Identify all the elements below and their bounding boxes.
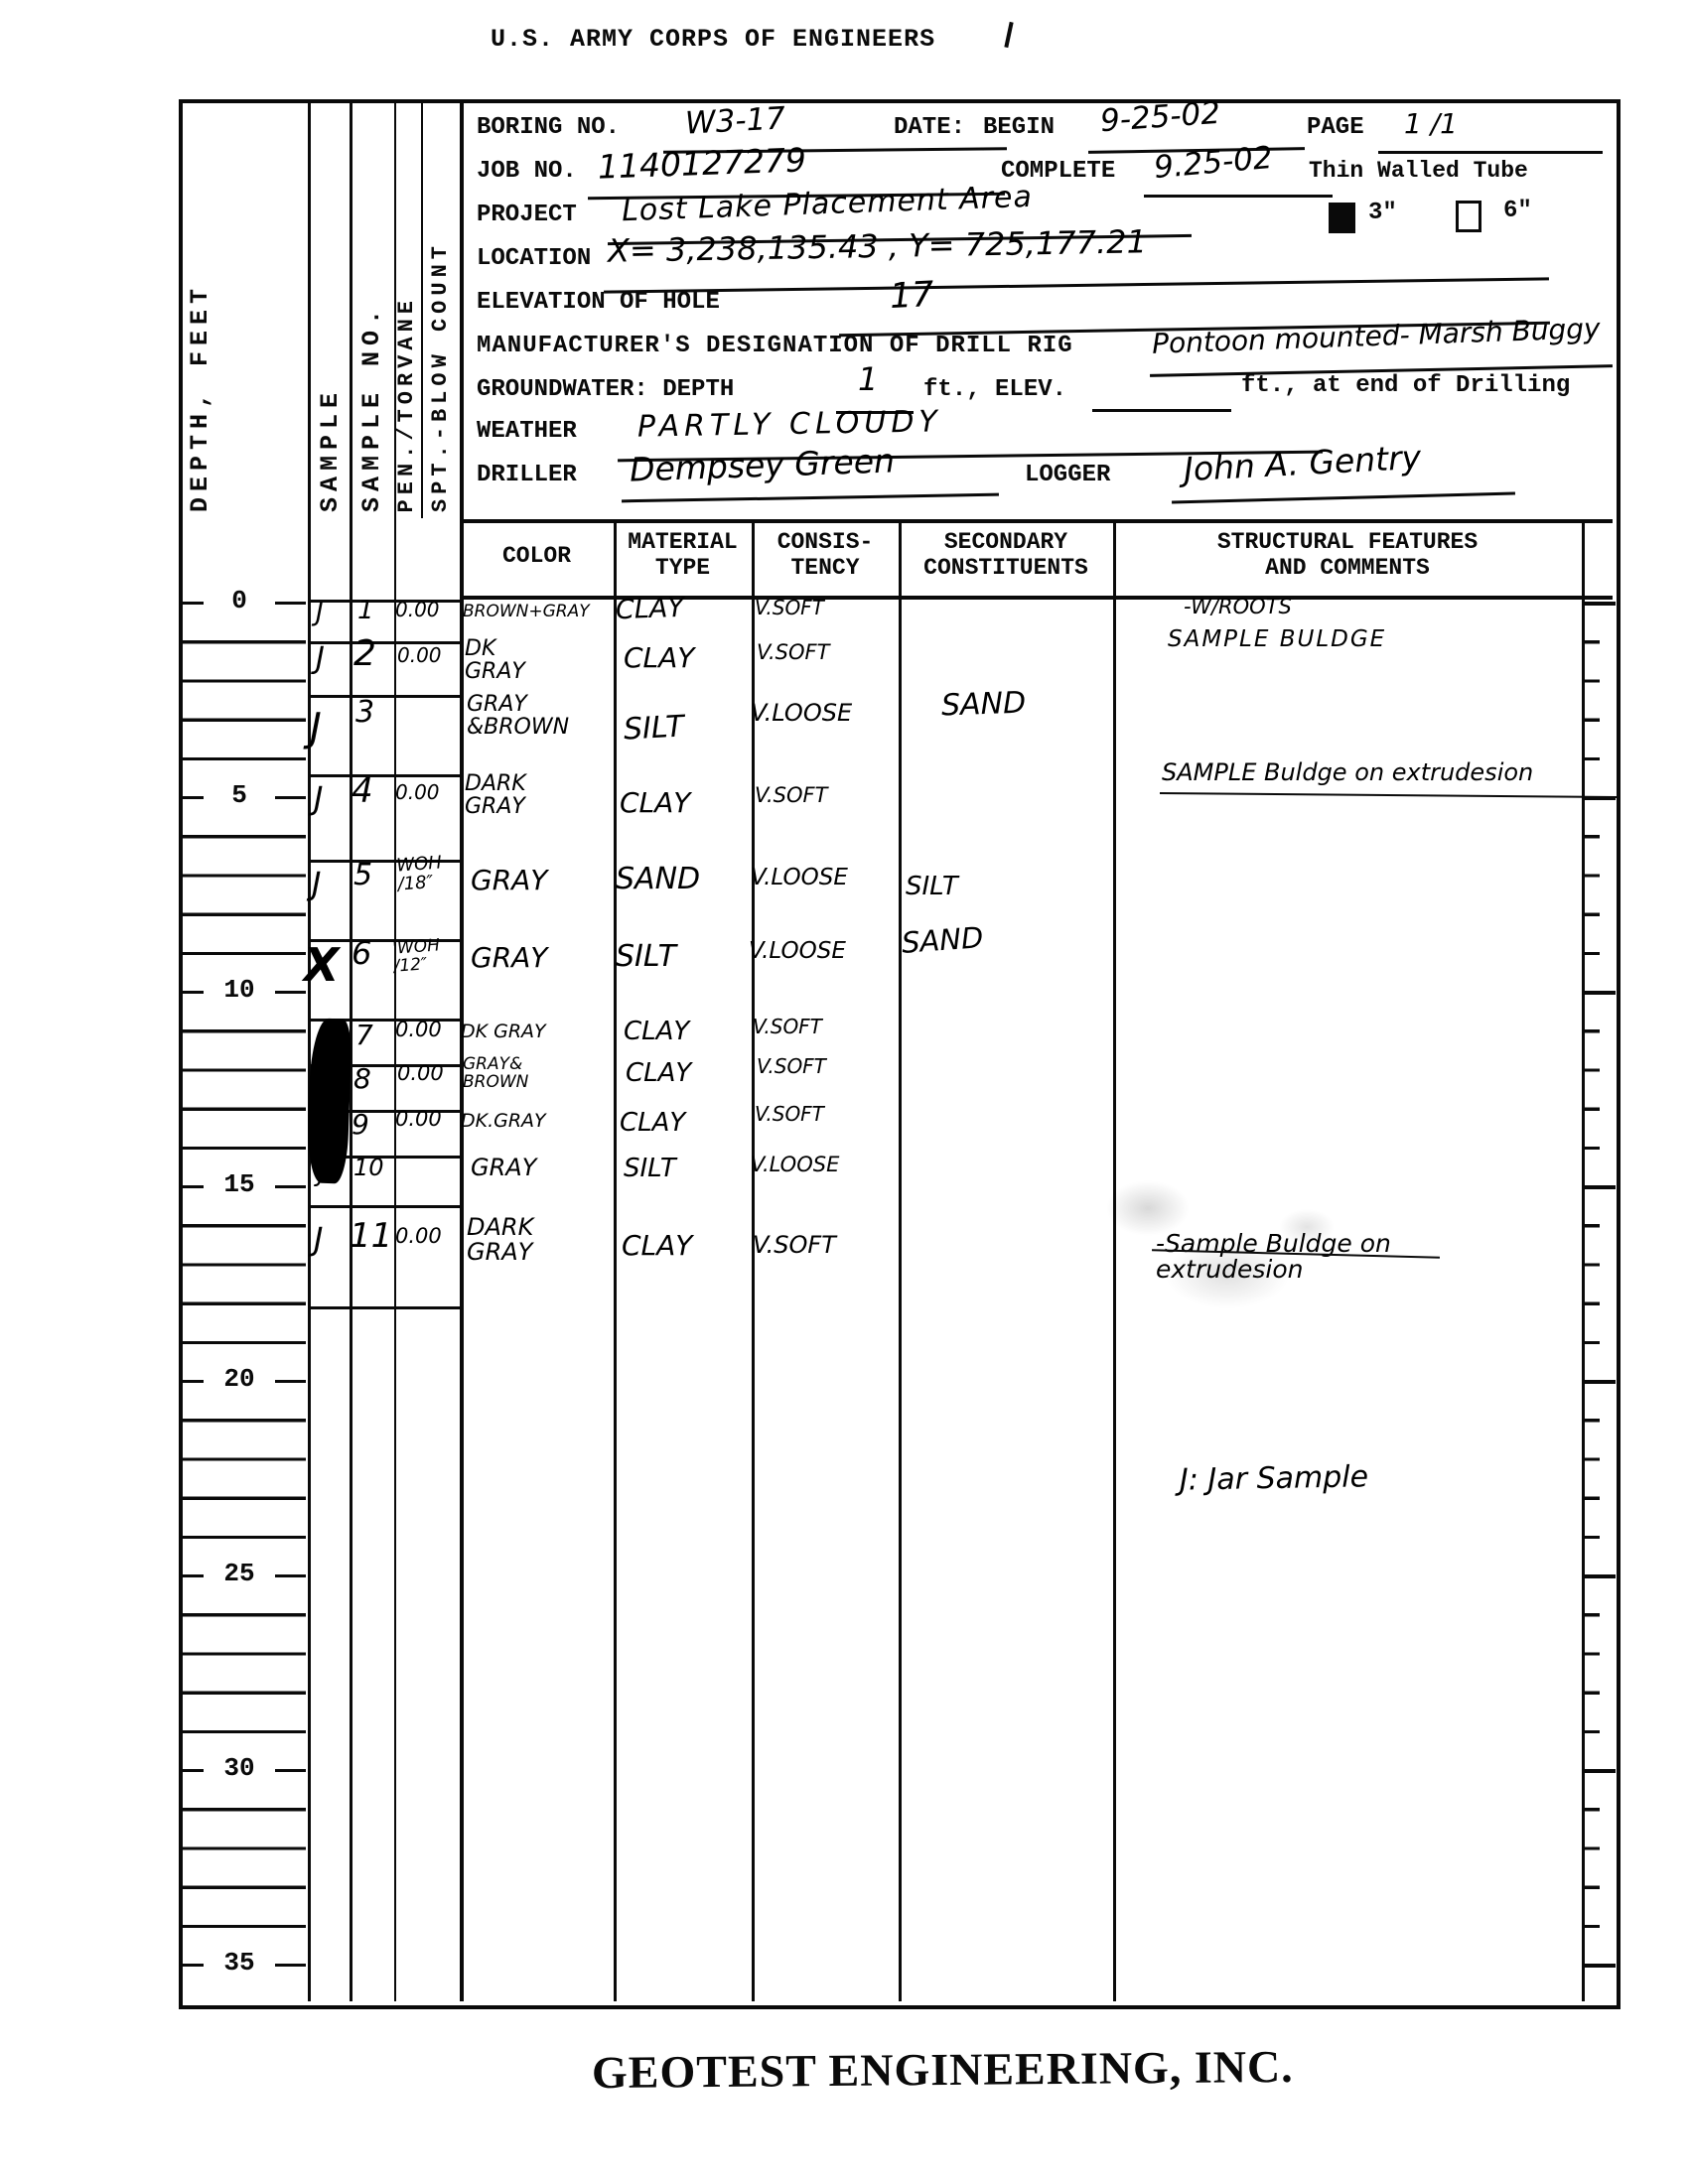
- job-no-label: JOB NO.: [477, 159, 577, 186]
- material-value: SILT: [616, 941, 676, 973]
- sample-no: 8: [353, 1064, 371, 1093]
- secondary-value: SAND: [901, 922, 984, 958]
- header-secondary-constituents: SECONDARY CONSTITUENTS: [899, 530, 1113, 582]
- pen-torvane-value: 0.00: [395, 1225, 442, 1247]
- sample-mark: J: [316, 600, 324, 626]
- consistency-value: V.SOFT: [755, 598, 824, 618]
- sample-no: 7: [355, 1021, 373, 1049]
- sample-mark: J: [312, 868, 321, 901]
- comment: SAMPLE Buldge on extrudesion: [1162, 760, 1533, 785]
- comment: -W/ROOTS: [1184, 596, 1292, 617]
- header-material-type: MATERIAL TYPE: [614, 530, 752, 582]
- weather-value: PARTLY CLOUDY: [637, 406, 942, 443]
- sample-no: 5: [353, 860, 372, 891]
- column-sample-no-label: SAMPLE NO.: [358, 304, 386, 512]
- pen-torvane-value: 0.00: [395, 1108, 442, 1130]
- row-line: [308, 695, 460, 698]
- elevation-label: ELEVATION OF HOLE: [477, 290, 720, 317]
- color-value: GRAY: [471, 866, 547, 894]
- depth-label-30: 30: [204, 1753, 275, 1783]
- color-value: DK GRAY: [465, 637, 525, 683]
- depth-label-10: 10: [204, 975, 275, 1005]
- secondary-value: SAND: [940, 688, 1026, 722]
- header-color: COLOR: [460, 544, 614, 570]
- pen-torvane-value: WOH ∕18″: [396, 854, 444, 894]
- boring-log-scan: U.S. ARMY CORPS OF ENGINEERS DEPTH, FEET…: [0, 0, 1692, 2184]
- begin-label: BEGIN: [983, 115, 1055, 142]
- tube-3in-label: 3": [1368, 201, 1397, 227]
- thin-walled-tube-label: Thin Walled Tube: [1309, 159, 1528, 185]
- secondary-value: SILT: [906, 874, 958, 900]
- consistency-value: V.SOFT: [757, 641, 829, 663]
- ft-end-drilling-label: ft., at end of Drilling: [1241, 373, 1570, 400]
- consistency-value: V.SOFT: [757, 1056, 826, 1077]
- tube-6in-label: 6": [1503, 199, 1532, 225]
- consistency-value: V.LOOSE: [751, 866, 848, 889]
- depth-label-15: 15: [204, 1169, 275, 1199]
- consistency-value: V.LOOSE: [751, 701, 852, 726]
- material-value: SILT: [623, 711, 684, 746]
- page-title: U.S. ARMY CORPS OF ENGINEERS: [491, 26, 935, 54]
- sample-mark: J: [310, 707, 322, 749]
- field-underline: [1092, 409, 1231, 412]
- sample-mark: J: [314, 782, 323, 816]
- scan-artifact: [1004, 22, 1013, 48]
- consistency-value: V.LOOSE: [749, 939, 846, 963]
- sample-mark: X: [304, 941, 339, 989]
- job-no-value: 1140127279: [597, 143, 806, 185]
- consistency-value: V.LOOSE: [751, 1154, 839, 1175]
- weather-label: WEATHER: [477, 419, 577, 446]
- row-line: [308, 1205, 460, 1208]
- boring-no-label: BORING NO.: [477, 115, 620, 142]
- elevation-value: 17: [889, 277, 934, 316]
- rig-label: MANUFACTURER'S DESIGNATION OF DRILL RIG: [477, 334, 1073, 360]
- groundwater-depth-value: 1: [858, 363, 878, 397]
- color-value: GRAY &BROWN: [467, 693, 569, 739]
- sample-no: 10: [353, 1156, 384, 1180]
- sample-no: 6: [352, 937, 371, 971]
- sample-mark: J: [314, 1223, 323, 1257]
- grid-line: [421, 103, 423, 518]
- grid-line: [308, 103, 311, 2001]
- color-value: DARK GRAY: [467, 1215, 533, 1265]
- color-value: GRAY& BROWN: [463, 1056, 528, 1092]
- grid-line: [460, 519, 1613, 523]
- consistency-value: V.SOFT: [753, 1017, 822, 1037]
- column-spt-blow-count-label: SPT.-BLOW COUNT: [429, 241, 454, 512]
- pen-torvane-value: 0.00: [397, 645, 442, 666]
- material-value: CLAY: [624, 1019, 689, 1045]
- column-sample-label: SAMPLE: [317, 387, 345, 512]
- location-label: LOCATION: [477, 246, 591, 273]
- tube-3in-checkbox: [1329, 203, 1355, 233]
- sample-no: 11: [350, 1219, 392, 1255]
- row-line: [308, 1306, 460, 1309]
- material-value: CLAY: [624, 643, 694, 672]
- sample-mark: J: [316, 643, 325, 675]
- color-value: GRAY: [471, 943, 547, 972]
- boring-no-value: W3-17: [684, 102, 786, 140]
- sample-no: 9: [352, 1110, 369, 1139]
- column-depth-feet: DEPTH, FEET: [185, 103, 216, 512]
- material-value: CLAY: [616, 595, 685, 625]
- consistency-value: V.SOFT: [753, 1233, 836, 1258]
- grid-line: [460, 103, 464, 2001]
- sample-no: 1: [357, 598, 374, 624]
- driller-value: Dempsey Green: [629, 444, 895, 487]
- consistency-value: V.SOFT: [755, 784, 827, 806]
- footer-company: GEOTEST ENGINEERING, INC.: [592, 2040, 1294, 2099]
- pen-torvane-value: 0.00: [395, 600, 440, 620]
- logger-label: LOGGER: [1025, 463, 1110, 489]
- project-label: PROJECT: [477, 203, 577, 229]
- depth-label-35: 35: [204, 1948, 275, 1978]
- groundwater-label: GROUNDWATER: DEPTH: [477, 377, 734, 404]
- pen-torvane-value: 'WOH ∕12″: [392, 937, 442, 976]
- column-sample-no: SAMPLE NO.: [353, 103, 391, 512]
- ft-elev-label: ft., ELEV.: [923, 377, 1066, 404]
- column-sample: SAMPLE: [314, 103, 348, 512]
- material-value: CLAY: [622, 1231, 692, 1260]
- pen-torvane-value: 0.00: [395, 782, 440, 803]
- jar-sample-note: J: Jar Sample: [1180, 1461, 1369, 1496]
- material-value: CLAY: [626, 1060, 691, 1087]
- material-value: CLAY: [620, 1110, 685, 1137]
- page-value: 1 /1: [1404, 109, 1458, 138]
- material-value: SILT: [624, 1156, 676, 1182]
- scan-smudge: [1053, 1152, 1370, 1340]
- color-value: DK.GRAY: [461, 1112, 546, 1132]
- sample-no: 3: [355, 697, 374, 729]
- depth-label-5: 5: [204, 780, 275, 810]
- color-value: BROWN+GRAY: [463, 604, 612, 621]
- material-value: SAND: [616, 864, 700, 895]
- column-pen-torvane: PEN./TORVANE: [395, 103, 420, 512]
- field-underline: [1144, 195, 1333, 198]
- pen-torvane-value: 0.00: [395, 1019, 442, 1040]
- comment: SAMPLE BULDGE: [1168, 627, 1386, 651]
- sample-mark: J: [318, 1161, 325, 1186]
- consistency-value: V.SOFT: [755, 1104, 824, 1125]
- header-structural-features: STRUCTURAL FEATURES AND COMMENTS: [1113, 530, 1582, 582]
- header-consistency: CONSIS- TENCY: [752, 530, 899, 582]
- depth-label-25: 25: [204, 1559, 275, 1588]
- column-spt-blow-count: SPT.-BLOW COUNT: [425, 103, 458, 512]
- grid-line: [752, 521, 755, 2001]
- column-depth-feet-label: DEPTH, FEET: [187, 283, 214, 512]
- sample-no: 2: [353, 635, 376, 673]
- driller-label: DRILLER: [477, 463, 577, 489]
- color-value: DARK GRAY: [465, 772, 526, 818]
- right-tick-ruler-long: [1585, 411, 1616, 2001]
- field-underline: [1378, 151, 1603, 154]
- tube-6in-checkbox: [1456, 201, 1481, 232]
- color-value: DK GRAY: [461, 1023, 546, 1042]
- material-value: CLAY: [620, 788, 690, 817]
- date-begin-value: 9-25-02: [1099, 97, 1221, 138]
- grid-line: [899, 521, 902, 2001]
- date-label: DATE:: [894, 115, 965, 142]
- depth-label-0: 0: [204, 586, 275, 615]
- row-line: [308, 774, 460, 777]
- page-label: PAGE: [1307, 115, 1364, 142]
- depth-label-20: 20: [204, 1364, 275, 1394]
- sample-no: 4: [352, 774, 373, 810]
- pen-torvane-value: 0.00: [397, 1062, 444, 1084]
- grid-line: [614, 521, 617, 2001]
- column-pen-torvane-label: PEN./TORVANE: [395, 296, 420, 512]
- color-value: GRAY: [471, 1156, 536, 1180]
